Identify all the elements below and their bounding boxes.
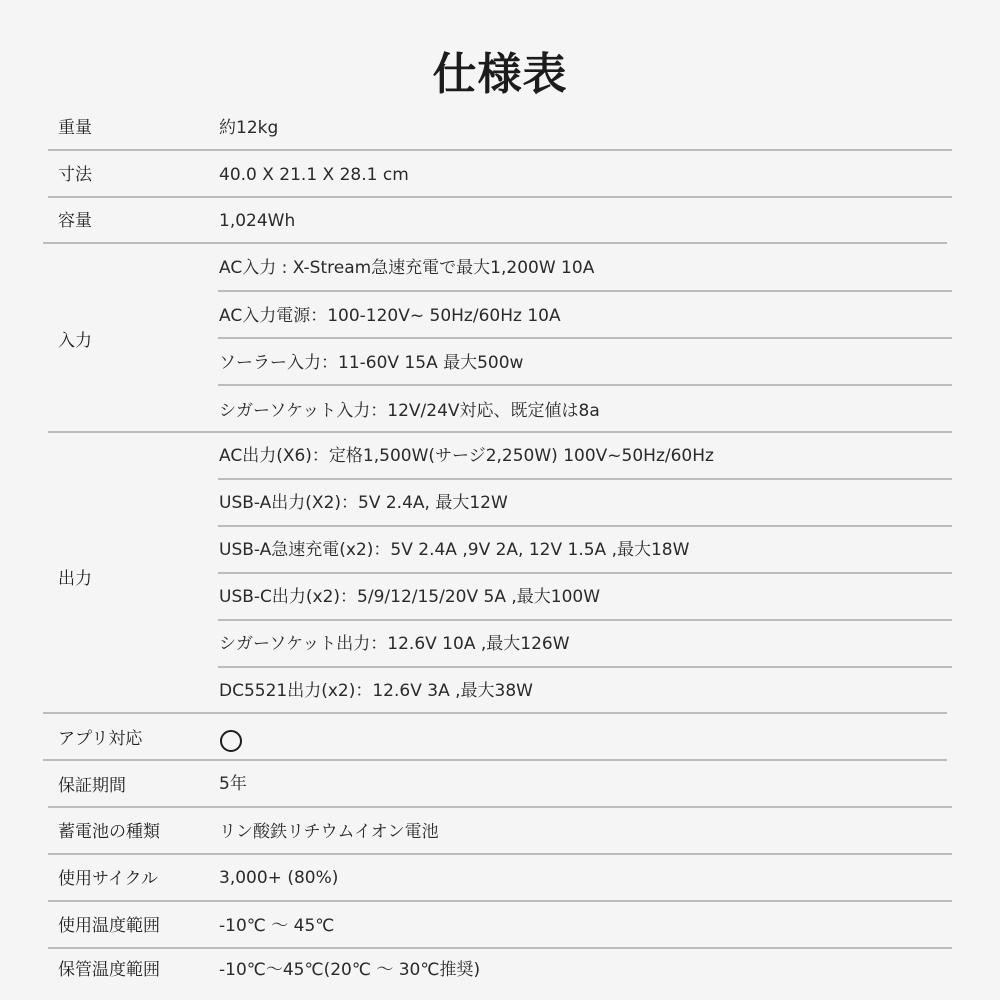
output-item: USB-A急速充電(x2)：5V 2.4A ,9V 2A, 12V 1.5A ,…	[219, 538, 689, 562]
spec-label: 容量	[58, 209, 92, 233]
output-item: DC5521出力(x2)：12.6V 3A ,最大38W	[219, 679, 533, 703]
spec-label: 重量	[58, 116, 92, 140]
spec-value: 5年	[219, 772, 247, 796]
row-divider	[43, 712, 947, 714]
spec-value: 1,024Wh	[219, 209, 295, 233]
spec-label: 保管温度範囲	[58, 958, 160, 982]
spec-label: 使用温度範囲	[58, 914, 160, 938]
spec-value: リン酸鉄リチウムイオン電池	[219, 820, 439, 844]
spec-label: 使用サイクル	[58, 867, 158, 891]
sub-row-divider	[218, 619, 952, 621]
row-divider	[48, 431, 952, 433]
row-divider	[48, 149, 952, 151]
spec-value: 3,000+ (80%)	[219, 866, 338, 890]
output-item: USB-A出力(X2)：5V 2.4A, 最大12W	[219, 491, 508, 515]
spec-label: 寸法	[58, 163, 92, 187]
row-divider	[48, 853, 952, 855]
sub-row-divider	[218, 478, 952, 480]
spec-value: 約12kg	[219, 116, 278, 140]
row-divider	[43, 242, 947, 244]
row-divider	[48, 806, 952, 808]
spec-value: -10℃～45℃(20℃ ～ 30℃推奨)	[219, 958, 480, 982]
sub-row-divider	[218, 666, 952, 668]
spec-label: 保証期間	[58, 774, 126, 798]
spec-label: アプリ対応	[58, 727, 142, 751]
spec-label: 出力	[58, 567, 92, 591]
sub-row-divider	[218, 290, 952, 292]
input-item: ソーラー入力：11-60V 15A 最大500w	[219, 351, 523, 375]
input-item: AC入力電源：100-120V~ 50Hz/60Hz 10A	[219, 304, 561, 328]
sub-row-divider	[218, 525, 952, 527]
row-divider	[43, 759, 947, 761]
sub-row-divider	[218, 384, 952, 386]
sub-row-divider	[218, 572, 952, 574]
output-item: シガーソケット出力：12.6V 10A ,最大126W	[219, 632, 570, 656]
spec-label: 入力	[58, 329, 92, 353]
row-divider	[48, 947, 952, 949]
output-item: AC出力(X6)：定格1,500W(サージ2,250W) 100V~50Hz/6…	[219, 444, 714, 468]
page-title: 仕様表	[0, 38, 1000, 102]
sub-row-divider	[218, 337, 952, 339]
circle-icon	[220, 730, 242, 752]
output-item: USB-C出力(x2)：5/9/12/15/20V 5A ,最大100W	[219, 585, 600, 609]
input-item: シガーソケット入力：12V/24V対応、既定値は8a	[219, 399, 600, 423]
input-item: AC入力 : X-Stream急速充電で最大1,200W 10A	[219, 256, 594, 280]
row-divider	[48, 196, 952, 198]
spec-label: 蓄電池の種類	[58, 820, 160, 844]
row-divider	[48, 900, 952, 902]
spec-value: -10℃ ～ 45℃	[219, 914, 334, 938]
spec-value: 40.0 X 21.1 X 28.1 cm	[219, 163, 409, 187]
